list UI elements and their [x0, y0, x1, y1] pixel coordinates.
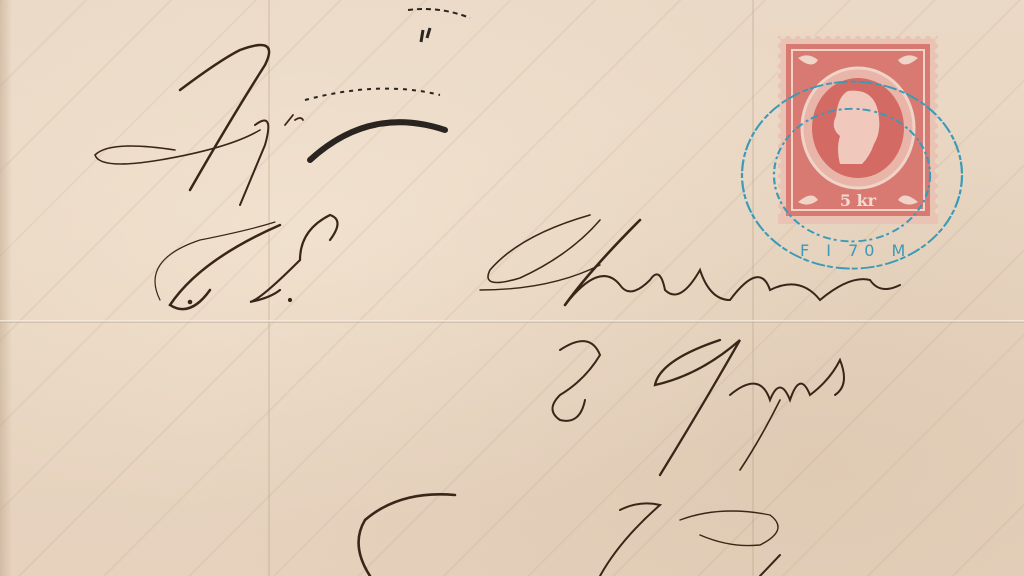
ink-layer: F I 70 M [0, 0, 1024, 576]
svg-text:F I 70 M: F I 70 M [800, 241, 911, 260]
handwritten-address [95, 45, 900, 576]
blue-postmark: F I 70 M [742, 82, 962, 269]
letter-cover: 5 kr F I 70 M [0, 0, 1024, 576]
black-postmark [305, 9, 470, 160]
